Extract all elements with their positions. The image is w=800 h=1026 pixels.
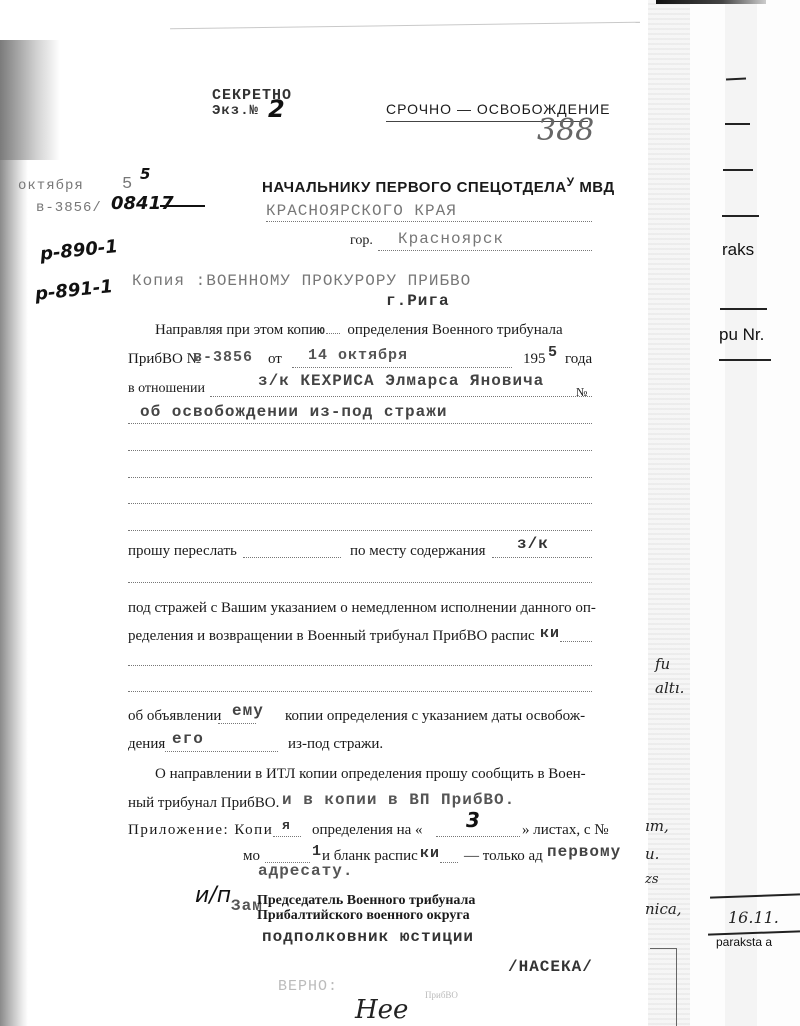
form-box <box>650 948 677 1026</box>
form-label-paraksta: paraksta a <box>716 935 772 949</box>
body-line-8: копии определения с указанием даты освоб… <box>285 708 585 725</box>
dotted-rule <box>128 665 592 666</box>
year-handwritten: 5 <box>140 165 150 183</box>
form-rule <box>719 359 771 361</box>
dotted-rule <box>273 836 301 837</box>
blank-suffix: ки <box>420 845 440 862</box>
handwritten-fragment: u. <box>645 845 659 863</box>
body-line-2: ПрибВО № <box>128 351 201 368</box>
detention-place-value: з/к <box>517 535 549 553</box>
body-line-6: под стражей с Вашим указанием о немедлен… <box>128 600 596 617</box>
body-line-1: Направляя при этом копию определения Вое… <box>155 322 563 339</box>
year-digit: 5 <box>548 344 558 361</box>
recipient-only-label: — только ад <box>464 848 543 865</box>
dotted-rule <box>128 477 592 478</box>
seal-fragment: ПрибВО <box>425 990 458 1000</box>
year-prefix: 195 <box>523 351 546 368</box>
body-line-11: ный трибунал ПрибВО. <box>128 795 279 812</box>
attachment-sheets-label: определения на « <box>312 822 423 839</box>
form-rule <box>720 308 767 310</box>
body-line-10: О направлении в ИТЛ копии определения пр… <box>155 766 586 783</box>
form-label-pu-nr: pu Nr. <box>719 325 764 345</box>
handwritten-fragment: zs <box>645 872 659 887</box>
ruling-date: 14 октября <box>308 347 408 364</box>
dotted-rule <box>128 423 592 424</box>
dotted-rule <box>128 503 592 504</box>
date-label-ot: от <box>268 351 282 368</box>
handwritten-initials: и/п <box>195 885 231 907</box>
dotted-rule <box>440 862 458 863</box>
dotted-rule <box>128 530 592 531</box>
dotted-rule <box>210 396 592 397</box>
dotted-rule <box>128 691 592 692</box>
signatory-name: /НАСЕКА/ <box>508 958 593 976</box>
attachment-number-label: » листах, с № <box>522 822 609 839</box>
copy-to-prosecutor: Копия :ВОЕННОМУ ПРОКУРОРУ ПРИБВО <box>132 272 471 290</box>
dotted-rule <box>266 221 592 222</box>
case-number-typed: в-3856/ <box>36 200 102 216</box>
receipt-suffix: ки <box>540 625 560 642</box>
announcement-value: ему <box>232 702 264 720</box>
addressee-line-1: НАЧАЛЬНИКУ ПЕРВОГО СПЕЦОТДЕЛАУ МВД <box>262 175 615 196</box>
forward-request-label: прошу переслать <box>128 543 237 560</box>
handwritten-copy-number: 2 <box>268 95 285 123</box>
handwritten-fragment: fu <box>655 655 670 673</box>
dotted-rule <box>128 450 592 451</box>
date-fragment: октября <box>18 178 84 194</box>
case-number-handwritten: 08417 <box>111 193 174 214</box>
ruling-subject: об освобождении из-под стражи <box>140 403 447 421</box>
handwritten-stroke <box>160 205 205 207</box>
reference-number-1: р-890-1 <box>39 236 119 265</box>
tribunal-case-number: в-3856 <box>193 349 253 366</box>
underlying-page-shadow <box>725 0 757 1026</box>
form-rule <box>725 123 750 125</box>
dotted-rule <box>436 836 520 837</box>
form-rule <box>722 215 759 217</box>
reference-number-2: р-891-1 <box>34 276 114 305</box>
year-suffix: года <box>565 351 592 368</box>
handwritten-date: 16.11. <box>728 908 779 927</box>
signatory-title-1: Председатель Военного трибунала <box>257 893 475 909</box>
dotted-rule <box>128 582 592 583</box>
city-label: гор. <box>350 233 373 249</box>
dotted-rule <box>378 250 592 251</box>
handwritten-fragment: nica, <box>645 900 682 918</box>
dotted-rule <box>243 557 341 558</box>
attachment-label: Приложение: Копи <box>128 822 273 839</box>
page-top-edge <box>170 22 640 30</box>
attachment-copy-suffix: я <box>282 818 291 833</box>
form-rule <box>723 169 753 171</box>
dotted-rule <box>560 641 592 642</box>
form-label-raks: raks <box>722 240 754 260</box>
addressee-superscript: У <box>567 175 575 189</box>
dotted-rule <box>292 367 512 368</box>
body-line-7: ределения и возвращении в Военный трибун… <box>128 628 535 645</box>
year-typed: 5 <box>122 175 133 194</box>
scan-top-shadow <box>656 0 766 4</box>
blank-count: 1 <box>312 843 322 860</box>
copy-city: г.Рига <box>386 292 450 310</box>
first-recipient-typed: первому <box>547 843 621 861</box>
signatory-title-2: Прибалтийского военного округа <box>257 908 470 924</box>
dotted-rule <box>492 557 592 558</box>
attachment-sheets-count: 3 <box>466 808 480 832</box>
prisoner-name: з/к КЕХРИСА Элмарса Яновича <box>258 372 544 390</box>
detention-place-label: по месту содержания <box>350 543 486 560</box>
dotted-rule <box>165 751 278 752</box>
release-value: его <box>172 730 204 748</box>
addressee-region: КРАСНОЯРСКОГО КРАЯ <box>266 202 457 220</box>
recipient-typed: адресату. <box>258 862 353 880</box>
city-value: Красноярск <box>398 230 504 248</box>
announcement-label: об объявлении <box>128 708 221 725</box>
copy-number-stamp: Экз.№ <box>212 104 259 118</box>
release-label: дения <box>128 736 165 753</box>
number-sign: № <box>576 385 587 400</box>
scan-left-shadow <box>0 40 60 160</box>
verified-stamp: ВЕРНО: <box>278 978 338 995</box>
typed-copy-note: и в копии в ВП ПрибВО. <box>282 791 515 809</box>
handwritten-fragment: altı. <box>655 679 684 697</box>
regarding-label: в отношении <box>128 381 205 397</box>
signatory-rank: подполковник юстиции <box>262 928 474 946</box>
handwritten-fragment: ım, <box>645 817 669 835</box>
handwritten-archive-number: 388 <box>537 113 594 148</box>
dotted-rule <box>218 723 256 724</box>
signature-scribble: Нее <box>355 995 408 1025</box>
body-line-9: из-под стражи. <box>288 736 383 753</box>
